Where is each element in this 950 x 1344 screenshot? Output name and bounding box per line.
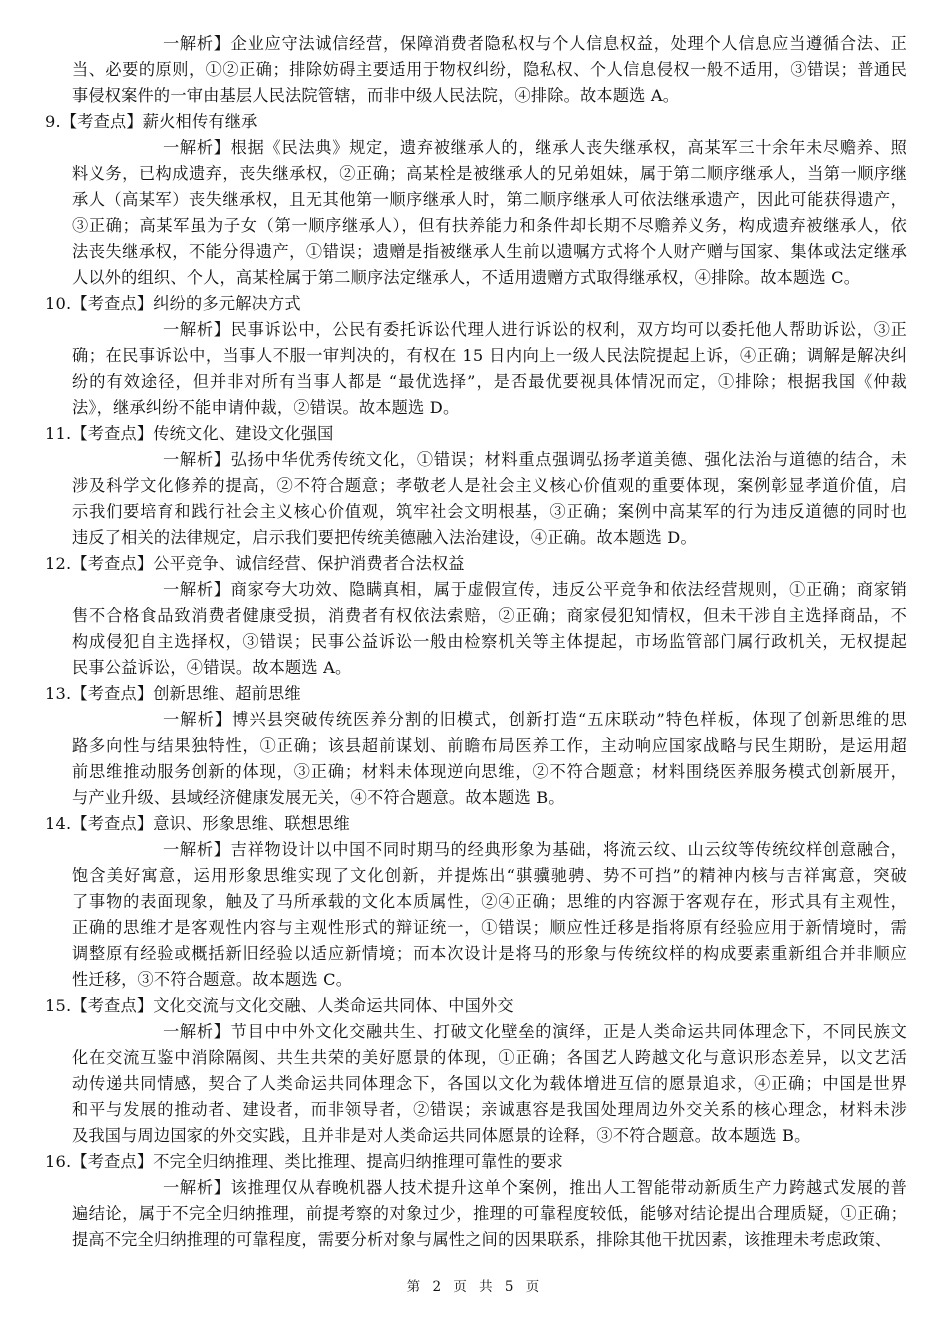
analysis-line: 与产业升级、县域经济健康发展无关，④不符合题意。故本题选 B。 — [45, 785, 907, 811]
page-number: 第 2 页 共 5 页 — [0, 1275, 950, 1295]
question-block: 12.【考查点】公平竞争、诚信经营、保护消费者合法权益一解析】商家夸大功效、隐瞒… — [45, 551, 907, 681]
question-heading: 10.【考查点】纠纷的多元解决方式 — [45, 291, 907, 317]
document-page: 一解析】企业应守法诚信经营，保障消费者隐私权与个人信息权益，处理个人信息应当遵循… — [0, 0, 950, 1344]
question-heading: 11.【考查点】传统文化、建设文化强国 — [45, 421, 907, 447]
analysis-first-line: 一解析】该推理仅从春晚机器人技术提升这单个案例，推出人工智能带动新质生产力跨越式… — [45, 1175, 907, 1201]
analysis-first-line: 一解析】吉祥物设计以中国不同时期马的经典形象为基础，将流云纹、山云纹等传统纹样创… — [45, 837, 907, 863]
analysis-line: 动传递共同情感，契合了人类命运共同体理念下，各国以文化为载体增进互信的愿景追求，… — [45, 1071, 907, 1097]
question-heading: 9.【考查点】薪火相传有继承 — [45, 109, 907, 135]
analysis-line: ③正确；高某军虽为子女（第一顺序继承人），但有扶养能力和条件却长期不尽赡养义务，… — [45, 213, 907, 239]
analysis-line: 路多向性与结果独特性，①正确；该县超前谋划、前瞻布局医养工作，主动响应国家战略与… — [45, 733, 907, 759]
analysis-line: 性迁移，③不符合题意。故本题选 C。 — [45, 967, 907, 993]
question-block: 9.【考查点】薪火相传有继承一解析】根据《民法典》规定，遗弃被继承人的，继承人丧… — [45, 109, 907, 291]
answer-explanations: 一解析】企业应守法诚信经营，保障消费者隐私权与个人信息权益，处理个人信息应当遵循… — [45, 31, 907, 1253]
analysis-first-line: 一解析】根据《民法典》规定，遗弃被继承人的，继承人丧失继承权，高某军三十余年未尽… — [45, 135, 907, 161]
analysis-first-line: 一解析】民事诉讼中，公民有委托诉讼代理人进行诉讼的权利，双方均可以委托他人帮助诉… — [45, 317, 907, 343]
question-block: 10.【考查点】纠纷的多元解决方式一解析】民事诉讼中，公民有委托诉讼代理人进行诉… — [45, 291, 907, 421]
question-block: 11.【考查点】传统文化、建设文化强国一解析】弘扬中华优秀传统文化，①错误；材料… — [45, 421, 907, 551]
analysis-line: 法丧失继承权，不能分得遗产，①错误；遗赠是指被继承人生前以遗嘱方式将个人财产赠与… — [45, 239, 907, 265]
analysis-line: 人以外的组织、个人，高某栓属于第二顺序法定继承人，不适用遗赠方式取得继承权，④排… — [45, 265, 907, 291]
question-block: 一解析】企业应守法诚信经营，保障消费者隐私权与个人信息权益，处理个人信息应当遵循… — [45, 31, 907, 109]
question-heading: 14.【考查点】意识、形象思维、联想思维 — [45, 811, 907, 837]
analysis-line: 纷的有效途径，但并非对所有当事人都是 “最优选择”，是否最优要视具体情况而定，①… — [45, 369, 907, 395]
analysis-line: 构成侵犯自主选择权，③错误；民事公益诉讼一般由检察机关等主体提起，市场监管部门属… — [45, 629, 907, 655]
analysis-line: 正确的思维才是客观性内容与主观性形式的辩证统一，①错误；顺应性迁移是指将原有经验… — [45, 915, 907, 941]
analysis-line: 确；在民事诉讼中，当事人不服一审判决的，有权在 15 日内向上一级人民法院提起上… — [45, 343, 907, 369]
question-block: 13.【考查点】创新思维、超前思维一解析】博兴县突破传统医养分割的旧模式，创新打… — [45, 681, 907, 811]
analysis-line: 和平与发展的推动者、建设者，而非领导者，②错误；亲诚惠容是我国处理周边外交关系的… — [45, 1097, 907, 1123]
analysis-first-line: 一解析】商家夸大功效、隐瞒真相，属于虚假宣传，违反公平竞争和依法经营规则，①正确… — [45, 577, 907, 603]
analysis-line: 涉及科学文化修养的提高，②不符合题意；孝敬老人是社会主义核心价值观的重要体现，案… — [45, 473, 907, 499]
analysis-line: 民事公益诉讼，④错误。故本题选 A。 — [45, 655, 907, 681]
analysis-line: 事侵权案件的一审由基层人民法院管辖，而非中级人民法院，④排除。故本题选 A。 — [45, 83, 907, 109]
question-heading: 15.【考查点】文化交流与文化交融、人类命运共同体、中国外交 — [45, 993, 907, 1019]
analysis-line: 法》，继承纠纷不能申请仲裁，②错误。故本题选 D。 — [45, 395, 907, 421]
analysis-line: 及我国与周边国家的外交实践，且并非是对人类命运共同体愿景的诠释，③不符合题意。故… — [45, 1123, 907, 1149]
analysis-line: 料义务，已构成遗弃，丧失继承权，②正确；高某栓是被继承人的兄弟姐妹，属于第二顺序… — [45, 161, 907, 187]
question-heading: 16.【考查点】不完全归纳推理、类比推理、提高归纳推理可靠性的要求 — [45, 1149, 907, 1175]
analysis-line: 当、必要的原则，①②正确；排除妨碍主要适用于物权纠纷，隐私权、个人信息侵权一般不… — [45, 57, 907, 83]
analysis-line: 前思维推动服务创新的体现，③正确；材料未体现逆向思维，②不符合题意；材料围绕医养… — [45, 759, 907, 785]
analysis-first-line: 一解析】节目中中外文化交融共生、打破文化壁垒的演绎，正是人类命运共同体理念下，不… — [45, 1019, 907, 1045]
analysis-line: 化在交流互鉴中消除隔阂、共生共荣的美好愿景的体现，①正确；各国艺人跨越文化与意识… — [45, 1045, 907, 1071]
analysis-first-line: 一解析】博兴县突破传统医养分割的旧模式，创新打造“五床联动”特色样板，体现了创新… — [45, 707, 907, 733]
analysis-line: 示我们要培育和践行社会主义核心价值观，筑牢社会文明根基，③正确；案例中高某军的行… — [45, 499, 907, 525]
analysis-line: 饱含美好寓意，运用形象思维实现了文化创新，并提炼出“骐骥驰骋、势不可挡”的精神内… — [45, 863, 907, 889]
analysis-line: 提高不完全归纳推理的可靠程度，需要分析对象与属性之间的因果联系，排除其他干扰因素… — [45, 1227, 907, 1253]
question-heading: 12.【考查点】公平竞争、诚信经营、保护消费者合法权益 — [45, 551, 907, 577]
analysis-line: 了事物的表面现象，触及了马所承载的文化本质属性，②④正确；思维的内容源于客观存在… — [45, 889, 907, 915]
analysis-first-line: 一解析】弘扬中华优秀传统文化，①错误；材料重点强调弘扬孝道美德、强化法治与道德的… — [45, 447, 907, 473]
analysis-line: 售不合格食品致消费者健康受损，消费者有权依法索赔，②正确；商家侵犯知情权，但未干… — [45, 603, 907, 629]
question-block: 15.【考查点】文化交流与文化交融、人类命运共同体、中国外交一解析】节目中中外文… — [45, 993, 907, 1149]
analysis-line: 承人（高某军）丧失继承权，且无其他第一顺序继承人时，第二顺序继承人可依法继承遗产… — [45, 187, 907, 213]
analysis-line: 调整原有经验或概括新旧经验以适应新情境；而本次设计是将马的形象与传统纹样的构成要… — [45, 941, 907, 967]
analysis-first-line: 一解析】企业应守法诚信经营，保障消费者隐私权与个人信息权益，处理个人信息应当遵循… — [45, 31, 907, 57]
question-block: 14.【考查点】意识、形象思维、联想思维一解析】吉祥物设计以中国不同时期马的经典… — [45, 811, 907, 993]
question-heading: 13.【考查点】创新思维、超前思维 — [45, 681, 907, 707]
analysis-line: 违反了相关的法律规定，启示我们要把传统美德融入法治建设，④正确。故本题选 D。 — [45, 525, 907, 551]
question-block: 16.【考查点】不完全归纳推理、类比推理、提高归纳推理可靠性的要求一解析】该推理… — [45, 1149, 907, 1253]
analysis-line: 遍结论，属于不完全归纳推理，前提考察的对象过少，推理的可靠程度较低，能够对结论提… — [45, 1201, 907, 1227]
